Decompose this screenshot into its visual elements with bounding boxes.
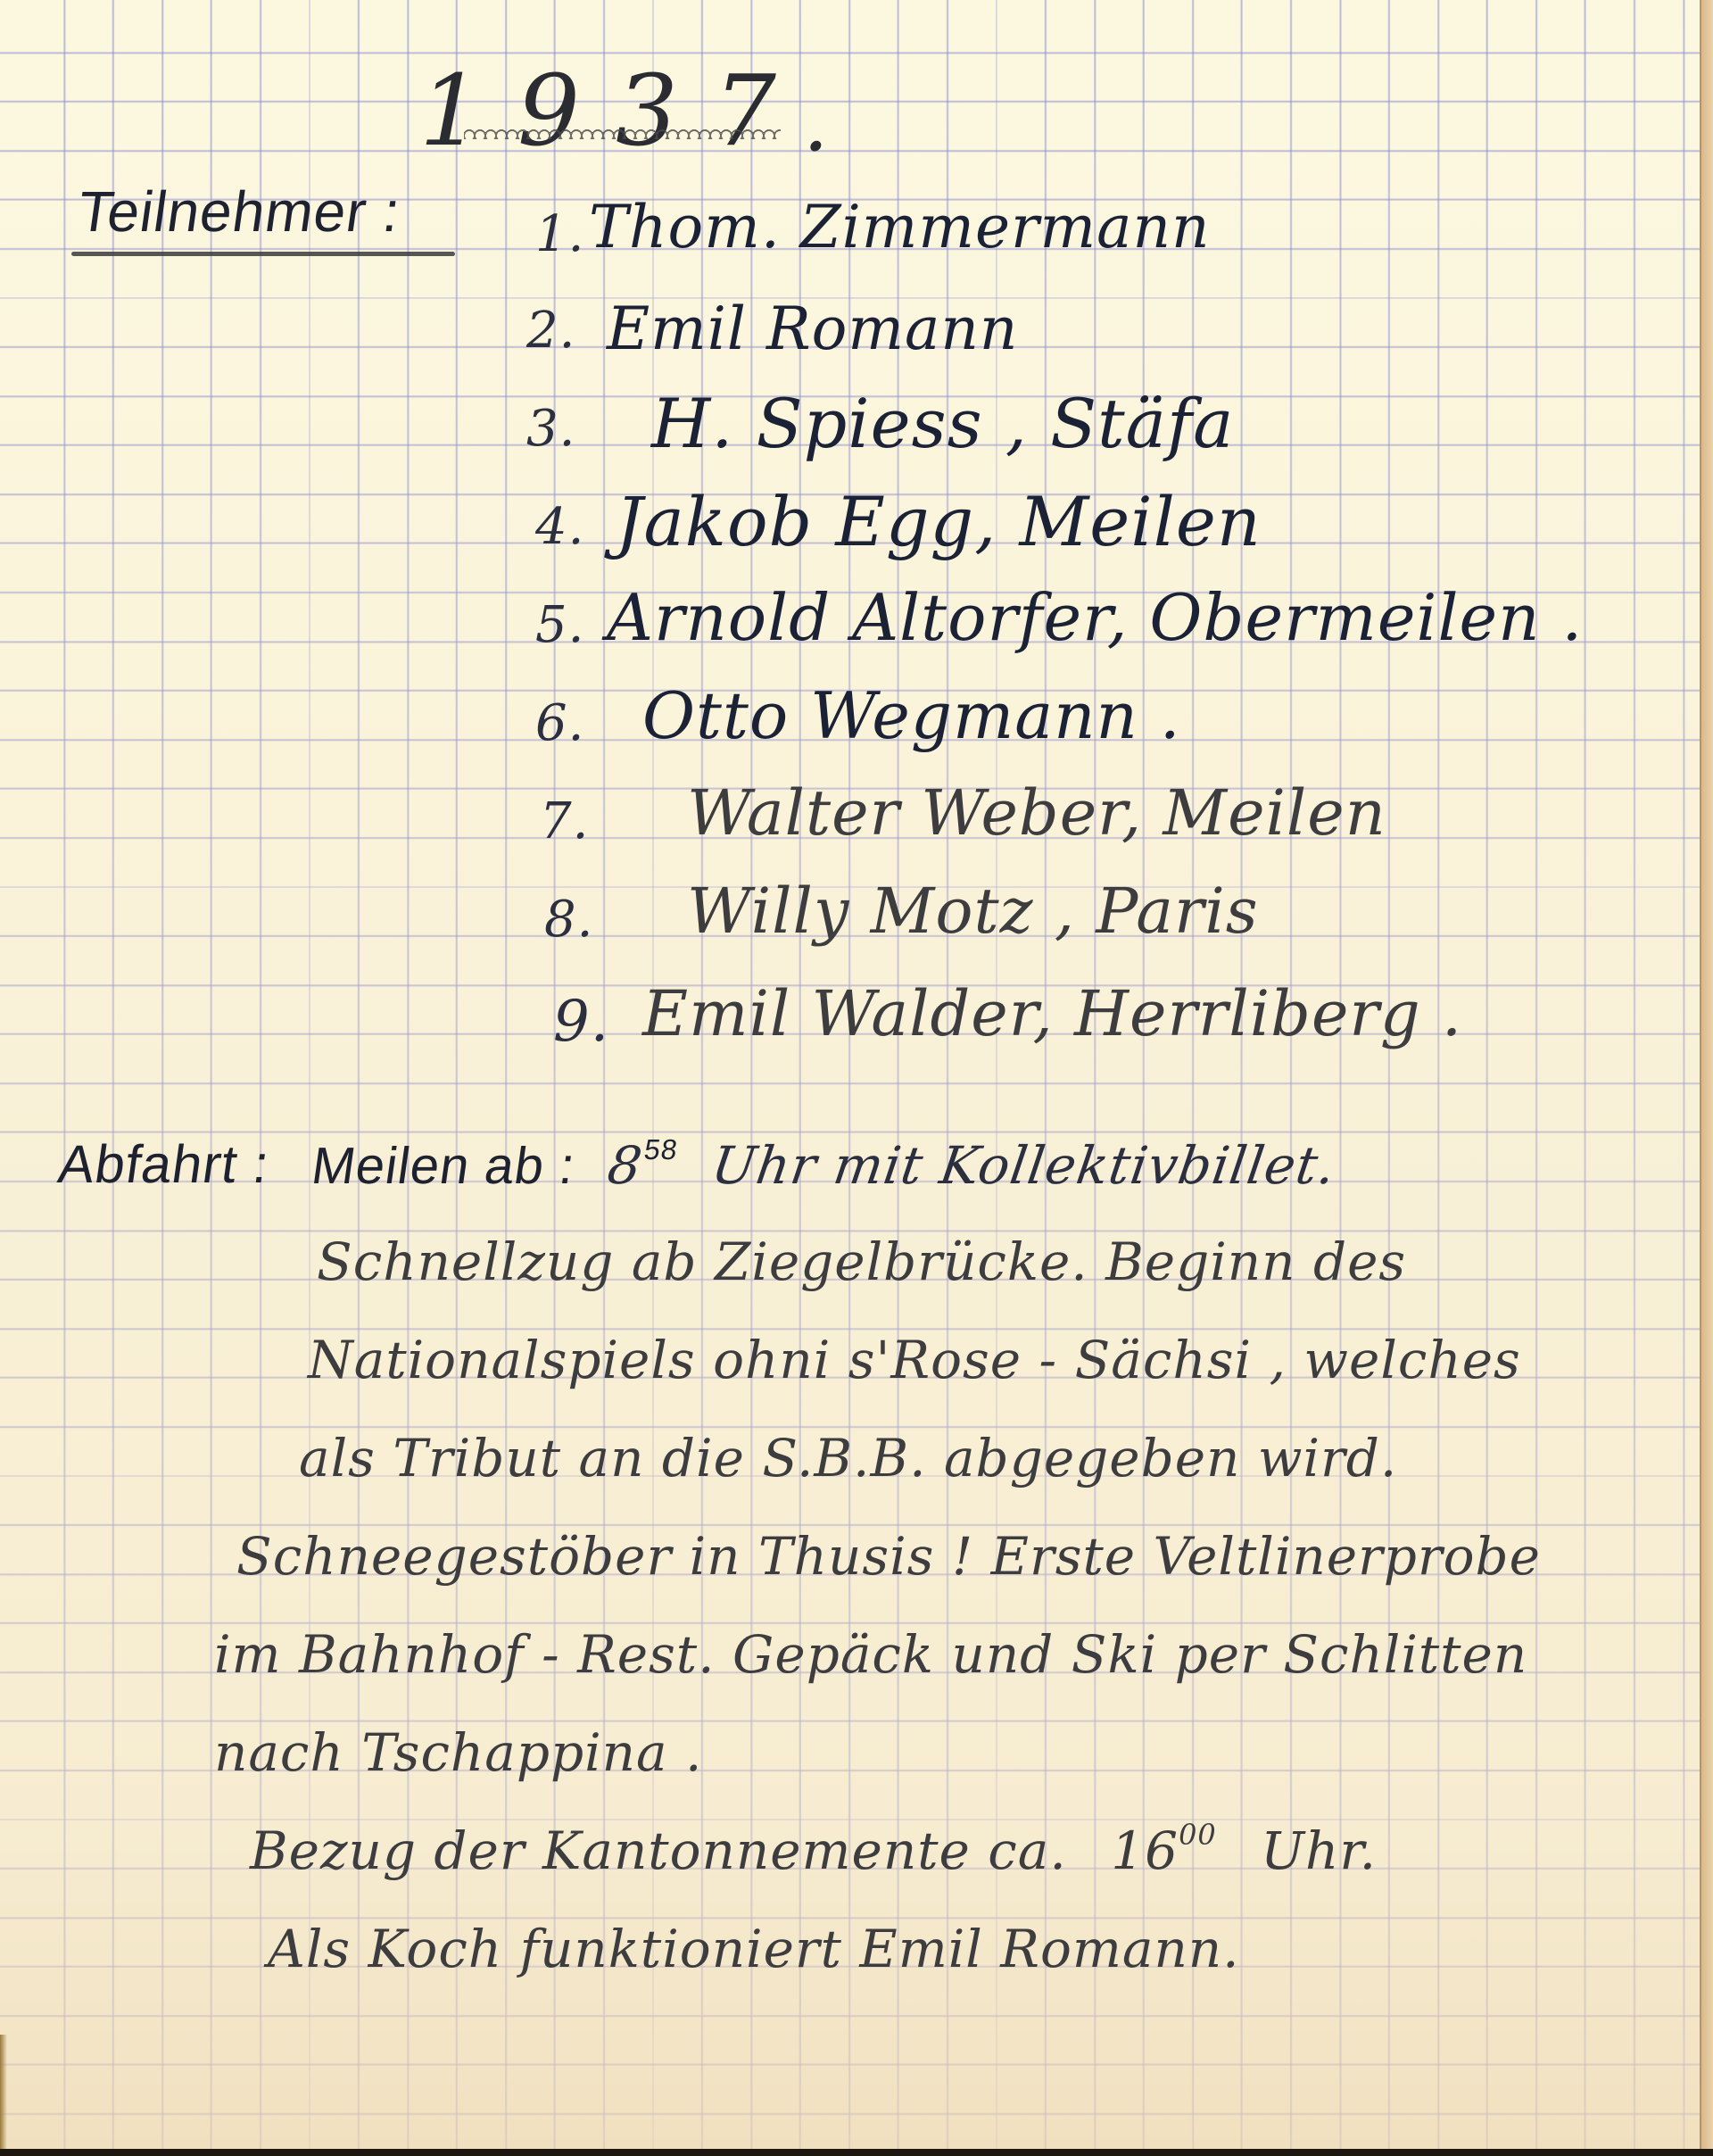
narrative-line: im Bahnhof - Rest. Gepäck und Ski per Sc… <box>214 1624 1527 1685</box>
quarters-line: Bezug der Kantonnemente ca. 1600 Uhr. <box>250 1820 1377 1881</box>
participant-number: 2. <box>526 302 575 360</box>
quarters-time-minutes: 00 <box>1179 1818 1217 1852</box>
narrative-line: Schneegestöber in Thusis ! Erste Veltlin… <box>236 1526 1541 1587</box>
year-heading: 1937 <box>419 54 812 168</box>
participants-label-underline <box>71 252 455 256</box>
participant-number: 3. <box>526 400 575 458</box>
participant-number: 6. <box>535 694 584 752</box>
participant-number: 9. <box>553 989 609 1055</box>
departure-origin: Meilen ab : <box>308 1137 579 1195</box>
narrative-line: Schnellzug ab Ziegelbrücke. Beginn des <box>317 1231 1406 1292</box>
narrative-line: Nationalspiels ohni s'Rose - Sächsi , we… <box>308 1330 1521 1390</box>
narrative-line: als Tribut an die S.B.B. abgegeben wird. <box>299 1428 1397 1488</box>
departure-first-line: Meilen ab : 858 Uhr mit Kollektivbillet. <box>308 1135 1339 1196</box>
participant-name: Willy Motz , Paris <box>687 875 1259 948</box>
participant-name: Thom. Zimmermann <box>589 193 1211 261</box>
participant-number: 7. <box>540 792 589 850</box>
narrative-line: nach Tschappina . <box>214 1722 702 1783</box>
participant-number: 5. <box>535 596 584 654</box>
departure-time-hour: 8 <box>604 1135 646 1196</box>
participant-number: 4. <box>535 498 584 556</box>
participant-name: Arnold Altorfer, Obermeilen . <box>607 580 1583 655</box>
participant-number: 1. <box>535 205 584 263</box>
page-edge-bottom <box>0 2149 1713 2156</box>
year-wavy-underline <box>464 127 781 139</box>
participant-name: Jakob Egg, Meilen <box>616 482 1262 561</box>
participant-name: Otto Wegmann . <box>642 678 1181 753</box>
departure-time-minutes: 58 <box>642 1133 681 1165</box>
participant-name: Walter Weber, Meilen <box>687 776 1386 850</box>
year-heading-period: . <box>803 76 830 170</box>
participants-label: Teilnehmer : <box>74 178 405 245</box>
quarters-time-hour: 16 <box>1111 1820 1179 1881</box>
page-edge-right <box>1700 0 1713 2151</box>
participant-number: 8. <box>544 891 593 949</box>
cook-line: Als Koch funktioniert Emil Romann. <box>268 1919 1240 1979</box>
participant-name: Emil Romann <box>607 294 1018 363</box>
quarters-text: Bezug der Kantonnemente ca. <box>250 1820 1067 1881</box>
quarters-time-unit: Uhr. <box>1261 1820 1377 1881</box>
page-corner-shadow <box>0 2035 7 2151</box>
participant-name: H. Spiess , Stäfa <box>651 384 1234 463</box>
departure-ticket-text: Uhr mit Kollektivbillet. <box>708 1135 1340 1196</box>
participant-name: Emil Walder, Herrliberg . <box>642 977 1462 1050</box>
departure-label: Abfahrt : <box>54 1133 273 1195</box>
